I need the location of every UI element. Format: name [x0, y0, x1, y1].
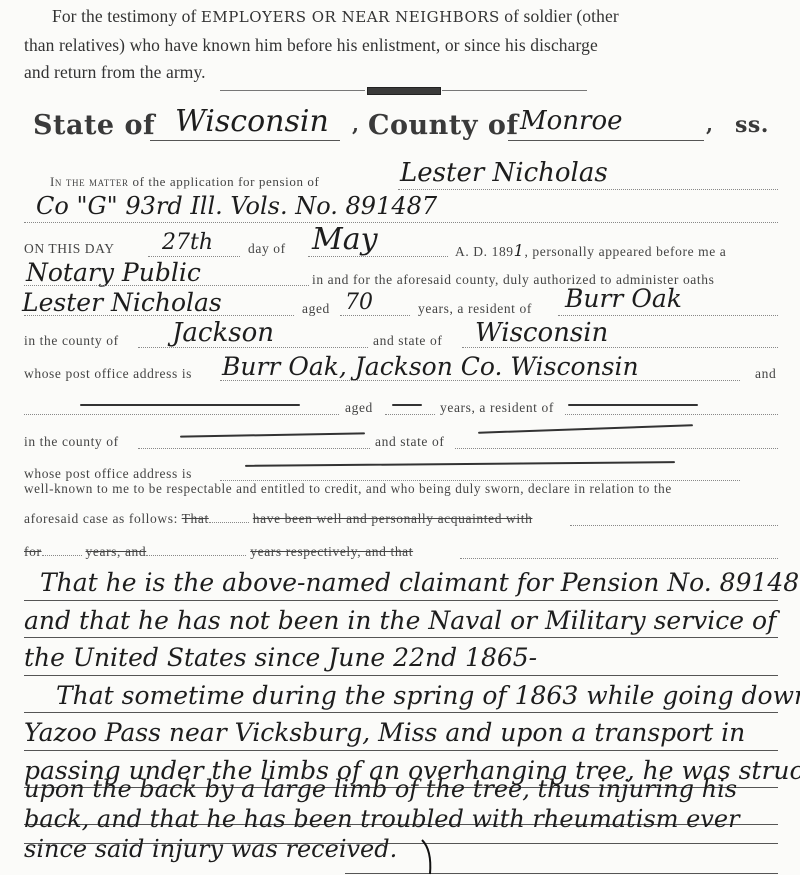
blank-dash	[568, 404, 698, 406]
day-of-label: day of	[248, 241, 286, 257]
affiant-county: Jackson	[172, 318, 274, 348]
po-label-2: whose post office address is	[24, 466, 192, 482]
residence-value: Burr Oak	[565, 284, 682, 313]
testimony-line-5: Yazoo Pass near Vicksburg, Miss and upon…	[24, 718, 745, 747]
blank-dash	[392, 404, 422, 406]
testimony-line-4: That sometime during the spring of 1863 …	[56, 681, 800, 710]
on-this-day-label: ON THIS DAY	[24, 241, 115, 257]
affiant-po: Burr Oak, Jackson Co. Wisconsin	[222, 352, 639, 381]
blank-dash	[180, 432, 365, 437]
dotted-line	[138, 448, 370, 449]
ruled-line	[345, 873, 778, 874]
ruled-line	[24, 750, 778, 751]
dotted-line	[570, 525, 778, 526]
dotted-line	[138, 347, 368, 348]
dotted-line	[340, 315, 410, 316]
struck-text: have been well and personally acquainted…	[253, 511, 533, 526]
struck-text: for	[24, 544, 42, 559]
testimony-line-8: back, and that he has been troubled with…	[24, 805, 740, 833]
county-label-2: in the county of	[24, 434, 119, 450]
appeared-text: , personally appeared before me a	[524, 244, 726, 259]
comma: ,	[352, 112, 359, 136]
ornament-icon	[367, 87, 441, 95]
state-value: Wisconsin	[175, 104, 329, 139]
county-line	[508, 140, 704, 141]
ad-label: A. D. 1891, personally appeared before m…	[455, 241, 726, 260]
comma: ,	[706, 112, 713, 136]
dotted-line	[24, 285, 309, 286]
matter-rest: of the application for pension of	[129, 174, 320, 189]
unit-info: Co "G" 93rd Ill. Vols. No. 891487	[36, 192, 437, 220]
struck-text: years respectively, and that	[250, 544, 413, 559]
declaration-pre: aforesaid case as follows:	[24, 511, 182, 526]
state-line	[150, 140, 340, 141]
ruled-line	[24, 600, 778, 601]
county-value: Monroe	[520, 106, 623, 136]
testimony-line-7: upon the back by a large limb of the tre…	[24, 775, 737, 803]
intro-line-1: For the testimony of EMPLOYERS OR NEAR N…	[52, 6, 619, 27]
resident-label-2: years, a resident of	[440, 400, 554, 416]
divider-left	[220, 90, 365, 91]
county-label: County of	[368, 110, 518, 141]
affiant-name: Lester Nicholas	[22, 288, 222, 317]
declaration-line-2: aforesaid case as follows: That have bee…	[24, 511, 532, 527]
aged-label-2: aged	[345, 400, 373, 416]
ruled-line	[24, 712, 778, 713]
affiant-state: Wisconsin	[475, 318, 608, 348]
age-value: 70	[345, 290, 373, 315]
matter-caps: In the matter	[50, 174, 129, 189]
blank-dash	[80, 404, 300, 406]
po-label-1: whose post office address is	[24, 366, 192, 382]
dotted-line	[462, 347, 778, 348]
declaration-line-1: well-known to me to be respectable and e…	[24, 481, 672, 497]
state-label: State of	[33, 110, 155, 141]
dotted-line	[148, 256, 240, 257]
blank-dash	[245, 461, 675, 467]
dotted-line	[220, 380, 740, 381]
aged-label: aged	[302, 301, 330, 317]
county-label-1: in the county of	[24, 333, 119, 349]
dotted-line	[385, 414, 435, 415]
claimant-name: Lester Nicholas	[400, 158, 608, 188]
testimony-line-1: That he is the above-named claimant for …	[40, 568, 800, 597]
resident-label: years, a resident of	[418, 301, 532, 317]
intro-line-2: than relatives) who have known him befor…	[24, 35, 598, 56]
intro-text-end: of soldier (other	[500, 6, 619, 26]
state-label-2: and state of	[375, 434, 444, 450]
divider-right	[442, 90, 587, 91]
year-digit: 1	[514, 241, 525, 260]
officer-value: Notary Public	[26, 258, 201, 287]
testimony-line-3: the United States since June 22nd 1865-	[24, 643, 537, 672]
dotted-line	[455, 448, 778, 449]
intro-emphasis: EMPLOYERS OR NEAR NEIGHBORS	[201, 8, 500, 26]
dotted-line	[24, 414, 339, 415]
dotted-line	[24, 222, 778, 223]
dotted-line	[558, 315, 778, 316]
ruled-line	[24, 637, 778, 638]
matter-label: In the matter of the application for pen…	[50, 174, 319, 190]
dotted-line	[308, 256, 448, 257]
testimony-line-2: and that he has not been in the Naval or…	[24, 606, 776, 635]
dotted-line	[398, 189, 778, 190]
ad-text: A. D. 189	[455, 244, 514, 259]
struck-text: years, and	[86, 544, 147, 559]
intro-line-3: and return from the army.	[24, 62, 206, 83]
dotted-line	[460, 558, 778, 559]
dotted-line	[24, 315, 294, 316]
testimony-line-9: since said injury was received.	[24, 835, 397, 863]
dotted-line	[565, 414, 778, 415]
and-label: and	[755, 366, 776, 382]
state-label-1: and state of	[373, 333, 442, 349]
blank-dash	[478, 424, 693, 434]
ruled-line	[24, 675, 778, 676]
pen-stroke-icon	[420, 838, 440, 875]
month-value: May	[312, 222, 378, 257]
struck-text: That	[182, 511, 209, 526]
ss-label: ss.	[735, 112, 769, 138]
day-value: 27th	[162, 230, 213, 255]
declaration-line-3: for years, and years respectively, and t…	[24, 544, 413, 560]
intro-text: For the testimony of	[52, 6, 201, 26]
